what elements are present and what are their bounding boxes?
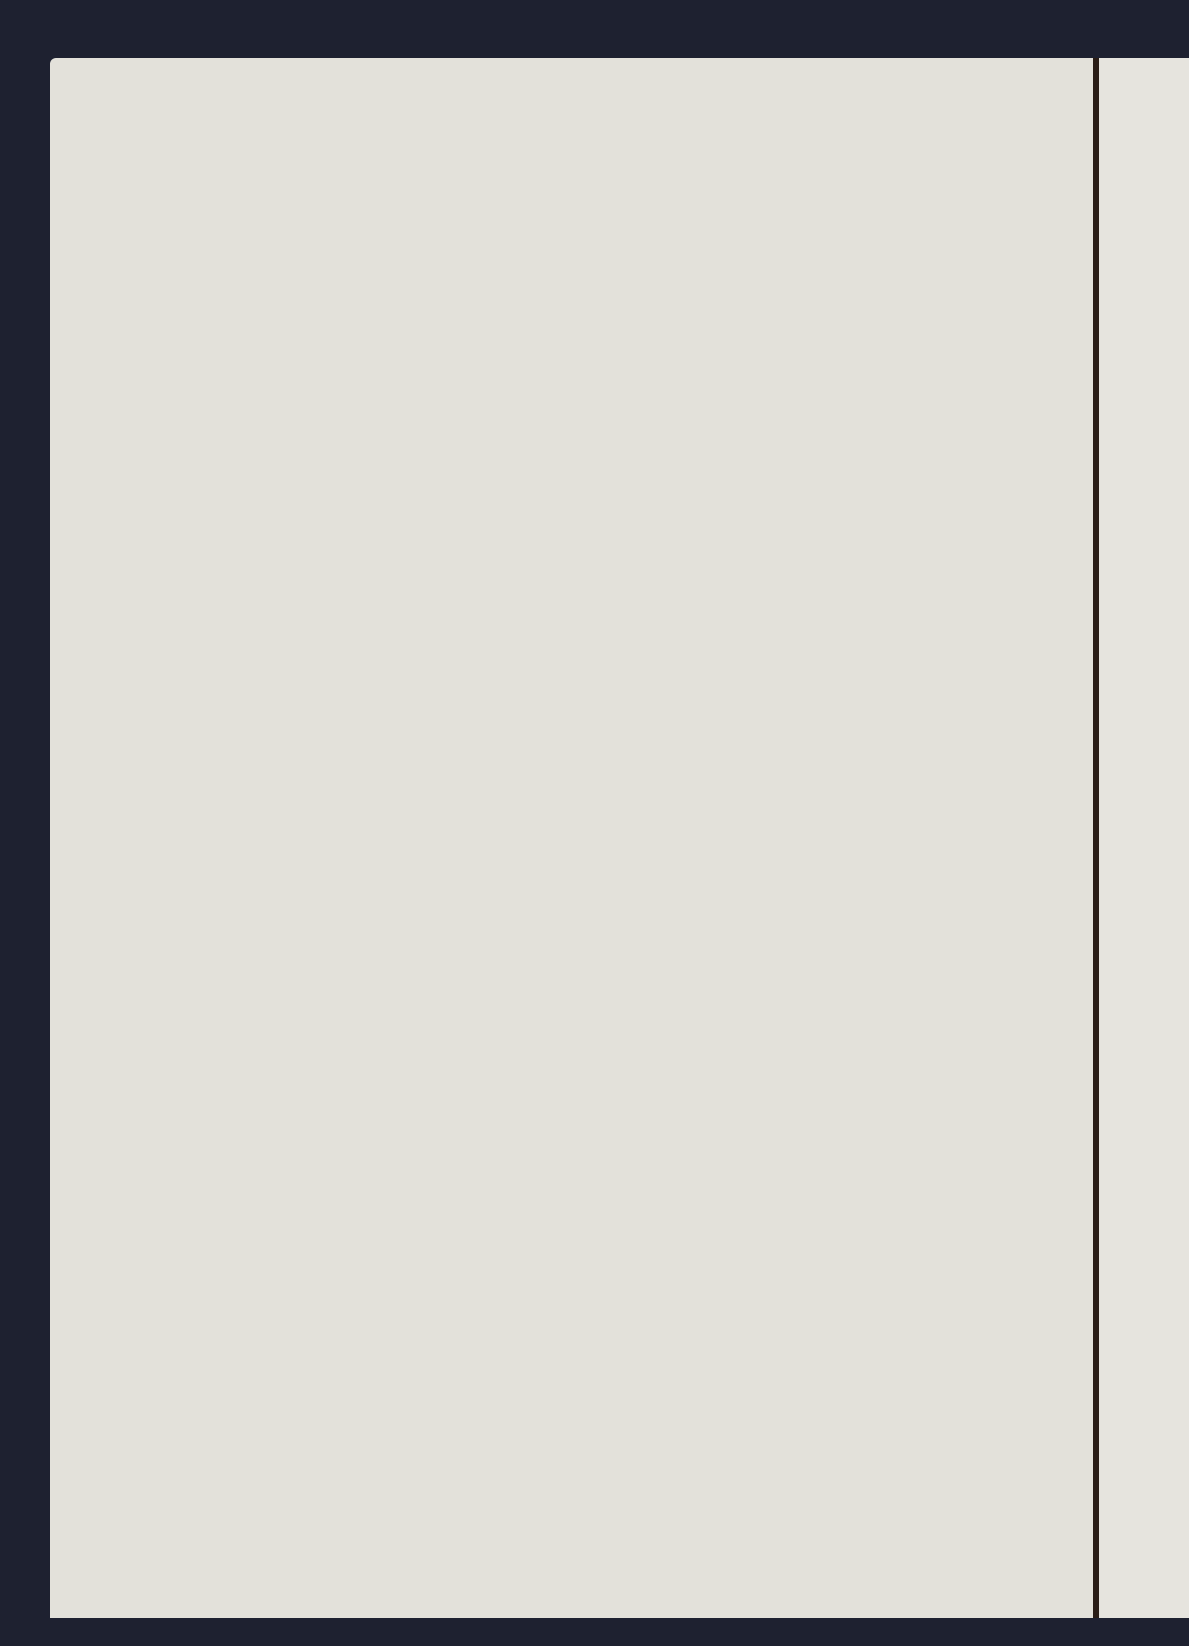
left-page bbox=[50, 58, 1100, 1618]
right-page bbox=[1098, 58, 1189, 1618]
footnote bbox=[182, 1503, 186, 1520]
book-spine bbox=[1093, 58, 1099, 1618]
